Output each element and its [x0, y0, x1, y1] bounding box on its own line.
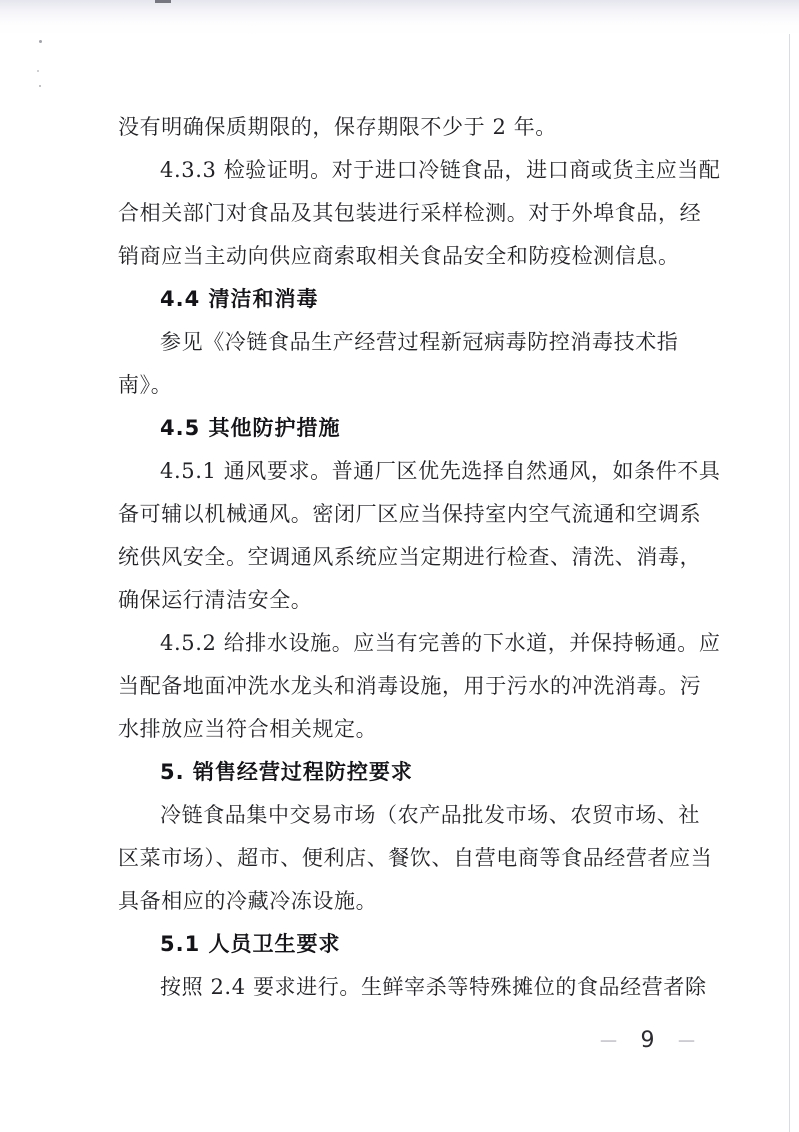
body-line: 没有明确保质期限的，保存期限不少于 2 年。 — [118, 106, 690, 149]
body-line: 当配备地面冲洗水龙头和消毒设施，用于污水的冲洗消毒。污 — [118, 665, 690, 708]
page-number-dash-left: — — [600, 1029, 617, 1053]
page-number-dash-right: — — [678, 1029, 695, 1053]
page-number: 9 — [641, 1026, 655, 1056]
body-line: 冷链食品集中交易市场（农产品批发市场、农贸市场、社 — [118, 794, 690, 837]
body-line: 按照 2.4 要求进行。生鲜宰杀等特殊摊位的食品经营者除 — [118, 966, 690, 1009]
scan-speck — [37, 70, 39, 72]
body-line: 统供风安全。空调通风系统应当定期进行检查、清洗、消毒， — [118, 536, 690, 579]
body-line: 确保运行清洁安全。 — [118, 579, 690, 622]
body-line: 具备相应的冷藏冷冻设施。 — [118, 880, 690, 923]
body-line: 4.5.2 给排水设施。应当有完善的下水道，并保持畅通。应 — [118, 622, 690, 665]
page-footer: — 9 — — [600, 1026, 695, 1056]
body-line: 水排放应当符合相关规定。 — [118, 708, 690, 751]
scan-edge-line — [789, 34, 790, 1132]
document-page: 没有明确保质期限的，保存期限不少于 2 年。 4.3.3 检验证明。对于进口冷链… — [0, 0, 799, 1132]
document-body: 没有明确保质期限的，保存期限不少于 2 年。 4.3.3 检验证明。对于进口冷链… — [118, 106, 690, 1009]
body-line: 备可辅以机械通风。密闭厂区应当保持室内空气流通和空调系 — [118, 493, 690, 536]
body-line: 南》。 — [118, 364, 690, 407]
body-line: 区菜市场）、超市、便利店、餐饮、自营电商等食品经营者应当 — [118, 837, 690, 880]
section-heading-5: 5. 销售经营过程防控要求 — [118, 751, 690, 794]
section-heading-4-5: 4.5 其他防护措施 — [118, 407, 690, 450]
body-line: 合相关部门对食品及其包装进行采样检测。对于外埠食品，经 — [118, 192, 690, 235]
section-heading-4-4: 4.4 清洁和消毒 — [118, 278, 690, 321]
scan-speck — [39, 85, 41, 87]
section-heading-5-1: 5.1 人员卫生要求 — [118, 923, 690, 966]
body-line: 参见《冷链食品生产经营过程新冠病毒防控消毒技术指 — [118, 321, 690, 364]
body-line: 销商应当主动向供应商索取相关食品安全和防疫检测信息。 — [118, 235, 690, 278]
scan-top-shadow — [0, 0, 799, 36]
body-line: 4.3.3 检验证明。对于进口冷链食品，进口商或货主应当配 — [118, 149, 690, 192]
scan-speck — [39, 40, 42, 43]
scan-artifact-tick — [155, 0, 171, 3]
body-line: 4.5.1 通风要求。普通厂区优先选择自然通风，如条件不具 — [118, 450, 690, 493]
